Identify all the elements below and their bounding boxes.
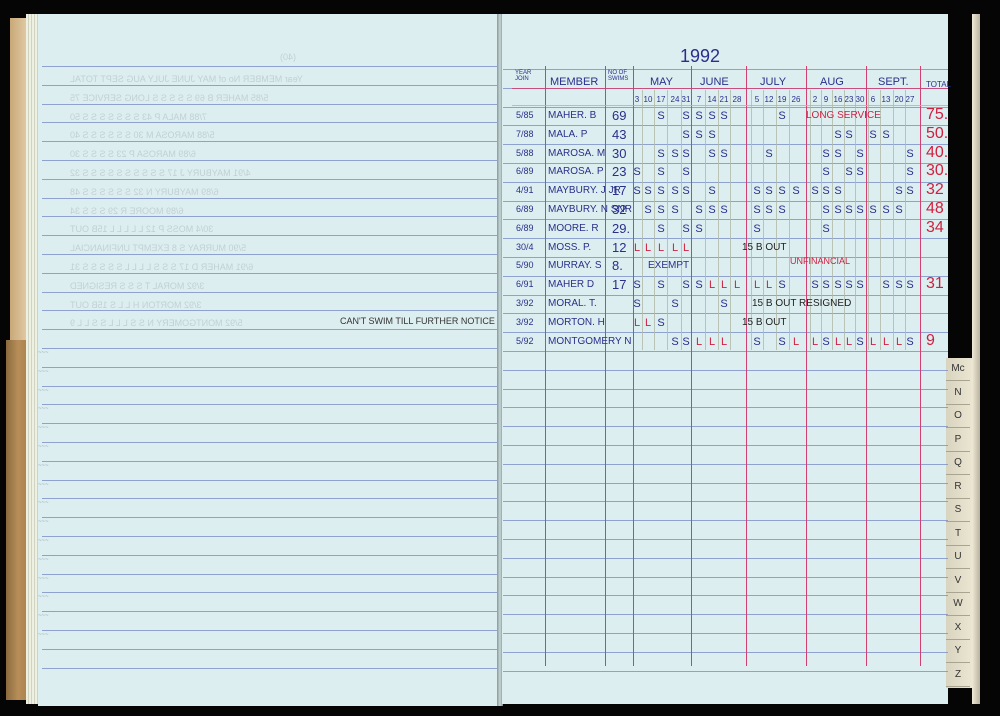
- row-note-secondary: UNFINANCIAL: [790, 256, 850, 266]
- ruled-line-right: [503, 69, 948, 70]
- month-header-sept: SEPT.: [878, 76, 909, 88]
- ruled-line-left: [42, 498, 497, 499]
- swim-mark: S: [682, 185, 689, 197]
- date-gridline: [893, 90, 894, 350]
- row-joined: 5/85: [516, 110, 534, 120]
- swim-mark: S: [671, 204, 678, 216]
- date-header: 3: [635, 94, 639, 106]
- date-header: 13: [882, 94, 891, 106]
- swim-mark: S: [822, 204, 829, 216]
- page-edge-stitch: ~~~: [38, 406, 49, 412]
- swim-mark: S: [845, 166, 852, 178]
- column-divider: [866, 66, 867, 666]
- index-tab-v[interactable]: V: [946, 570, 970, 593]
- index-tab-p[interactable]: P: [946, 429, 970, 452]
- ruled-line-left: [42, 329, 497, 330]
- swim-mark: S: [906, 336, 913, 348]
- ruled-line-left: [42, 386, 497, 387]
- ruled-line-right: [503, 182, 948, 183]
- date-header: 31: [682, 94, 691, 106]
- month-header-july: JULY: [760, 76, 786, 88]
- bleed-through-text: 4/91 MAYBURY J 17 S S S S S S S S S S 32: [70, 168, 251, 178]
- bleed-through-text: 5/92 MONTGOMERY N S S L L L S S L L 9: [70, 318, 243, 328]
- ruled-line-left: [42, 480, 497, 481]
- ruled-line-left: [42, 367, 497, 368]
- page-edge-stitch: ~~~: [38, 425, 49, 431]
- row-joined: 6/89: [516, 223, 534, 233]
- swim-mark: S: [633, 185, 640, 197]
- leave-mark: L: [846, 336, 852, 348]
- date-gridline: [718, 90, 719, 350]
- ruled-line-right: [503, 389, 948, 390]
- date-header: 16: [834, 94, 843, 106]
- ruled-line-left: [42, 668, 497, 669]
- swim-mark: S: [778, 336, 785, 348]
- swim-mark: S: [657, 166, 664, 178]
- index-tab-o[interactable]: O: [946, 405, 970, 428]
- row-joined: 3/92: [516, 298, 534, 308]
- header-total: TOTAL: [926, 80, 951, 89]
- swim-mark: S: [778, 204, 785, 216]
- ruled-line-left: [42, 536, 497, 537]
- date-gridline: [789, 90, 790, 350]
- ruled-line-right: [503, 407, 948, 408]
- swim-mark: S: [778, 279, 785, 291]
- date-header: 6: [871, 94, 875, 106]
- ruled-line-right: [503, 257, 948, 258]
- date-gridline: [763, 90, 764, 350]
- row-joined: 3/92: [516, 317, 534, 327]
- swim-mark: S: [765, 148, 772, 160]
- index-tab-u[interactable]: U: [946, 546, 970, 569]
- page-edge-stitch: ~~~: [38, 519, 49, 525]
- swim-mark: S: [869, 129, 876, 141]
- swim-mark: S: [657, 148, 664, 160]
- row-member: MAROSA. M: [548, 148, 605, 159]
- swim-mark: S: [720, 148, 727, 160]
- month-header-may: MAY: [650, 76, 673, 88]
- ruled-line-right: [503, 445, 948, 446]
- row-total: 34: [926, 219, 944, 237]
- index-tab-r[interactable]: R: [946, 476, 970, 499]
- swim-mark: S: [753, 336, 760, 348]
- row-member: MORTON. H: [548, 317, 605, 328]
- swim-mark: S: [753, 223, 760, 235]
- ruled-line-left: [42, 630, 497, 631]
- leave-mark: L: [645, 317, 651, 329]
- date-gridline: [705, 90, 706, 350]
- index-tab-x[interactable]: X: [946, 617, 970, 640]
- index-tab-z[interactable]: Z: [946, 664, 970, 687]
- swim-mark: S: [845, 204, 852, 216]
- swim-mark: S: [906, 185, 913, 197]
- swim-mark: S: [882, 204, 889, 216]
- page-edge-stitch: ~~~: [38, 594, 49, 600]
- ruled-line-right: [503, 539, 948, 540]
- date-header: 2: [813, 94, 817, 106]
- date-gridline: [642, 90, 643, 350]
- swim-mark: S: [834, 279, 841, 291]
- date-header: 10: [644, 94, 653, 106]
- date-gridline: [810, 90, 811, 350]
- column-divider: [746, 66, 747, 666]
- ruled-line-right: [503, 313, 948, 314]
- row-member: MALA. P: [548, 129, 587, 140]
- ruled-line-right: [503, 219, 948, 220]
- row-member: MURRAY. S: [548, 260, 602, 271]
- row-swims: 69: [612, 108, 626, 123]
- date-header: 21: [720, 94, 729, 106]
- swim-mark: S: [720, 204, 727, 216]
- swim-mark: S: [834, 204, 841, 216]
- leave-mark: L: [696, 336, 702, 348]
- row-note: 15 B OUT RESIGNED: [752, 298, 851, 309]
- ruled-line-right: [503, 501, 948, 502]
- swim-mark: S: [856, 148, 863, 160]
- ruled-line-left: [42, 198, 497, 199]
- date-gridline: [821, 90, 822, 350]
- header-member: MEMBER: [550, 76, 598, 88]
- ruled-line-right: [503, 464, 948, 465]
- bleed-through-text: 6/89 MAYBURY N 32 S S S S S S 48: [70, 187, 219, 197]
- swim-mark: S: [822, 336, 829, 348]
- ruled-line-right: [503, 107, 948, 108]
- row-swims: 29.: [612, 221, 630, 236]
- bleed-through-text: 6/89 MOORE R 29 S S S 34: [70, 206, 184, 216]
- swim-mark: S: [822, 166, 829, 178]
- row-joined: 4/91: [516, 185, 534, 195]
- swim-mark: S: [644, 185, 651, 197]
- swim-mark: S: [895, 204, 902, 216]
- swim-mark: S: [834, 185, 841, 197]
- swim-mark: S: [671, 298, 678, 310]
- page-stack-right: [972, 14, 980, 704]
- row-swims: 43: [612, 127, 626, 142]
- swim-mark: S: [906, 279, 913, 291]
- ruled-line-right: [503, 163, 948, 164]
- ruled-line-left: [42, 273, 497, 274]
- ruled-line-right: [503, 483, 948, 484]
- ruled-line-right: [503, 633, 948, 634]
- bleed-through-text: 6/89 MAROSA P 23 S S S S 30: [70, 149, 196, 159]
- swim-mark: S: [856, 204, 863, 216]
- ruled-line-left: [42, 216, 497, 217]
- index-tab-q[interactable]: Q: [946, 452, 970, 475]
- header-year-join: YEAR JOIN: [515, 70, 543, 82]
- ruled-line-left: [42, 574, 497, 575]
- date-gridline: [855, 90, 856, 350]
- page-edge-stitch: ~~~: [38, 613, 49, 619]
- alphabet-index-tabs: McNOPQRSTUVWXYZ: [946, 358, 972, 688]
- swim-mark: S: [765, 204, 772, 216]
- ruled-line-right: [503, 144, 948, 145]
- swim-mark: S: [695, 223, 702, 235]
- row-joined: 6/91: [516, 279, 534, 289]
- row-member: MOORE. R: [548, 223, 599, 234]
- swim-mark: S: [856, 166, 863, 178]
- swim-mark: S: [695, 204, 702, 216]
- bleed-through-text: 5/85 MAHER B 69 S S S S S LONG SERVICE 7…: [70, 93, 268, 103]
- swim-mark: S: [778, 185, 785, 197]
- swim-mark: S: [822, 279, 829, 291]
- column-divider: [545, 66, 546, 666]
- date-header: 27: [906, 94, 915, 106]
- row-total: 50.: [926, 125, 948, 143]
- date-gridline: [880, 90, 881, 350]
- column-divider: [633, 66, 634, 666]
- date-header: 19: [778, 94, 787, 106]
- ruled-line-left: [42, 179, 497, 180]
- row-note: LONG SERVICE: [806, 110, 881, 121]
- swim-mark: S: [657, 110, 664, 122]
- row-joined: 5/90: [516, 260, 534, 270]
- page-edge-stitch: ~~~: [38, 500, 49, 506]
- swim-mark: S: [682, 279, 689, 291]
- page-edge-stitch: ~~~: [38, 576, 49, 582]
- date-gridline: [832, 90, 833, 350]
- row-member: MONTGOMERY N: [548, 336, 632, 347]
- date-header: 12: [765, 94, 774, 106]
- swim-mark: S: [811, 185, 818, 197]
- leave-mark: L: [658, 242, 664, 254]
- swim-mark: S: [720, 110, 727, 122]
- page-edge-stitch: ~~~: [38, 632, 49, 638]
- swim-mark: S: [682, 129, 689, 141]
- ruled-line-left: [42, 442, 497, 443]
- ruled-line-right: [503, 125, 948, 126]
- ruled-line-left: [42, 310, 497, 311]
- bleed-through-text: 5/90 MURRAY S 8 EXEMPT UNFINANCIAL: [70, 243, 246, 253]
- ruled-line-left: [42, 649, 497, 650]
- index-tab-y[interactable]: Y: [946, 640, 970, 663]
- row-swims: 17: [612, 183, 626, 198]
- ruled-line-right: [503, 351, 948, 352]
- swim-mark: S: [753, 185, 760, 197]
- swim-mark: S: [671, 185, 678, 197]
- date-gridline: [667, 90, 668, 350]
- swim-mark: S: [682, 110, 689, 122]
- swim-mark: S: [856, 336, 863, 348]
- leave-mark: L: [683, 242, 689, 254]
- row-swims: 30: [612, 146, 626, 161]
- swim-mark: S: [671, 148, 678, 160]
- ruled-line-left: [42, 160, 497, 161]
- ruled-line-right: [503, 595, 948, 596]
- row-total: 48: [926, 200, 944, 218]
- row-total: 75.: [926, 106, 948, 124]
- date-header: 28: [733, 94, 742, 106]
- ruled-line-right: [503, 201, 948, 202]
- bleed-through-text: 5/88 MAROSA M 30 S S S S S S 40: [70, 130, 215, 140]
- date-header: 14: [708, 94, 717, 106]
- row-swims: 12: [612, 240, 626, 255]
- swim-mark: S: [708, 204, 715, 216]
- ruled-line-right: [503, 426, 948, 427]
- leave-mark: L: [766, 279, 772, 291]
- bleed-through-text: 7/88 MALA P 43 S S S S S S S 50: [70, 112, 207, 122]
- swim-mark: S: [906, 148, 913, 160]
- index-tab-t[interactable]: T: [946, 523, 970, 546]
- ruled-line-left: [42, 611, 497, 612]
- bleed-through-text: 30/4 MOSS P 12 L L L L L 15B OUT: [70, 224, 213, 234]
- swim-mark: S: [657, 279, 664, 291]
- ruled-line-left: [42, 461, 497, 462]
- month-header-aug: AUG: [820, 76, 844, 88]
- page-edge-stitch: ~~~: [38, 538, 49, 544]
- index-tab-n[interactable]: N: [946, 382, 970, 405]
- row-joined: 7/88: [516, 129, 534, 139]
- row-joined: 6/89: [516, 166, 534, 176]
- swim-mark: S: [682, 223, 689, 235]
- ruled-line-left: [42, 404, 497, 405]
- swim-mark: S: [682, 336, 689, 348]
- ruled-line-right: [503, 238, 948, 239]
- ruled-line-right: [503, 520, 948, 521]
- date-header: 17: [657, 94, 666, 106]
- swim-mark: S: [682, 148, 689, 160]
- date-header: 23: [845, 94, 854, 106]
- row-joined: 5/92: [516, 336, 534, 346]
- ruled-line-left: [42, 141, 497, 142]
- date-gridline: [776, 90, 777, 350]
- swim-mark: S: [834, 148, 841, 160]
- ruled-line-left: [42, 348, 497, 349]
- leave-mark: L: [634, 317, 640, 329]
- ruled-line-left: [42, 254, 497, 255]
- header-top-line: [512, 88, 948, 89]
- row-joined: 6/89: [516, 204, 534, 214]
- leave-mark: L: [835, 336, 841, 348]
- ruled-line-right: [503, 332, 948, 333]
- swim-mark: S: [753, 204, 760, 216]
- ruled-line-left: [42, 517, 497, 518]
- row-note: 15 B OUT: [742, 317, 786, 328]
- date-gridline: [730, 90, 731, 350]
- row-member: MAHER. B: [548, 110, 596, 121]
- page-edge-stitch: ~~~: [38, 369, 49, 375]
- ruled-line-left: [42, 592, 497, 593]
- swim-mark: S: [906, 166, 913, 178]
- leave-mark: L: [754, 279, 760, 291]
- swim-mark: S: [822, 148, 829, 160]
- month-header-june: JUNE: [700, 76, 729, 88]
- ruled-line-left: [42, 235, 497, 236]
- swim-mark: S: [644, 204, 651, 216]
- ruled-line-right: [503, 276, 948, 277]
- column-divider: [920, 66, 921, 666]
- page-edge-stitch: ~~~: [38, 388, 49, 394]
- leave-mark: L: [883, 336, 889, 348]
- header-no-of-swims: NO OF SWIMS: [608, 70, 632, 82]
- leave-mark: L: [870, 336, 876, 348]
- swim-mark: S: [708, 185, 715, 197]
- leave-mark: L: [734, 279, 740, 291]
- swim-mark: S: [822, 185, 829, 197]
- swim-mark: S: [657, 185, 664, 197]
- swim-mark: S: [822, 223, 829, 235]
- row-total: 9: [926, 332, 935, 350]
- ruled-line-left: [42, 555, 497, 556]
- page-edge-stitch: ~~~: [38, 350, 49, 356]
- ruled-line-left: [42, 85, 497, 86]
- swim-mark: S: [765, 185, 772, 197]
- row-note: EXEMPT: [648, 260, 689, 271]
- row-swims: 23: [612, 164, 626, 179]
- row-member: MORAL. T.: [548, 298, 597, 309]
- swim-mark: S: [869, 204, 876, 216]
- leave-mark: L: [793, 336, 799, 348]
- leave-mark: L: [721, 336, 727, 348]
- swim-mark: S: [695, 129, 702, 141]
- date-header: 7: [697, 94, 701, 106]
- swim-mark: S: [633, 279, 640, 291]
- page-edge-stitch: ~~~: [38, 444, 49, 450]
- swim-mark: S: [708, 129, 715, 141]
- leave-mark: L: [634, 242, 640, 254]
- leave-mark: L: [709, 336, 715, 348]
- swim-mark: S: [720, 298, 727, 310]
- row-total: 31: [926, 275, 944, 293]
- bleed-through-text: 6/91 MAHER D 17 S S S L L L L S S S S S …: [70, 262, 253, 272]
- row-member: MOSS. P.: [548, 242, 591, 253]
- date-header: 30: [856, 94, 865, 106]
- ruled-line-left: [42, 122, 497, 123]
- column-divider: [806, 66, 807, 666]
- date-gridline: [751, 90, 752, 350]
- swim-mark: S: [708, 148, 715, 160]
- swim-mark: S: [633, 166, 640, 178]
- date-gridline: [905, 90, 906, 350]
- swim-mark: S: [657, 223, 664, 235]
- left-page-note: CAN'T SWIM TILL FURTHER NOTICE: [340, 316, 495, 326]
- row-joined: 30/4: [516, 242, 534, 252]
- column-divider: [691, 66, 692, 666]
- index-tab-s[interactable]: S: [946, 499, 970, 522]
- leave-mark: L: [645, 242, 651, 254]
- swim-mark: S: [657, 204, 664, 216]
- ruled-line-right: [503, 652, 948, 653]
- row-swims: 8.: [612, 258, 623, 273]
- row-swims: 32: [612, 202, 626, 217]
- index-tab-w[interactable]: W: [946, 593, 970, 616]
- row-total: 32: [926, 181, 944, 199]
- swim-mark: S: [695, 110, 702, 122]
- bleed-through-text: (40): [280, 52, 296, 62]
- ruled-line-right: [503, 370, 948, 371]
- date-header: 24: [671, 94, 680, 106]
- swim-mark: S: [695, 279, 702, 291]
- index-tab-mc[interactable]: Mc: [946, 358, 970, 381]
- leave-mark: L: [672, 242, 678, 254]
- leave-mark: L: [812, 336, 818, 348]
- leave-mark: L: [896, 336, 902, 348]
- swim-mark: S: [845, 279, 852, 291]
- bleed-through-text: Year MEMBER No of MAY JUNE JULY AUG SEPT…: [70, 74, 303, 84]
- row-joined: 5/88: [516, 148, 534, 158]
- row-member: MAYBURY. J JR: [548, 185, 621, 196]
- ruled-line-left: [42, 104, 497, 105]
- page-edge-stitch: ~~~: [38, 482, 49, 488]
- row-total: 40.: [926, 144, 948, 162]
- swim-mark: S: [708, 110, 715, 122]
- row-note: 15 B OUT: [742, 242, 786, 253]
- page-edge-stitch: ~~~: [38, 557, 49, 563]
- year-heading: 1992: [680, 46, 720, 67]
- swim-mark: S: [856, 279, 863, 291]
- ruled-line-right: [503, 558, 948, 559]
- date-header: 9: [824, 94, 828, 106]
- date-header: 20: [895, 94, 904, 106]
